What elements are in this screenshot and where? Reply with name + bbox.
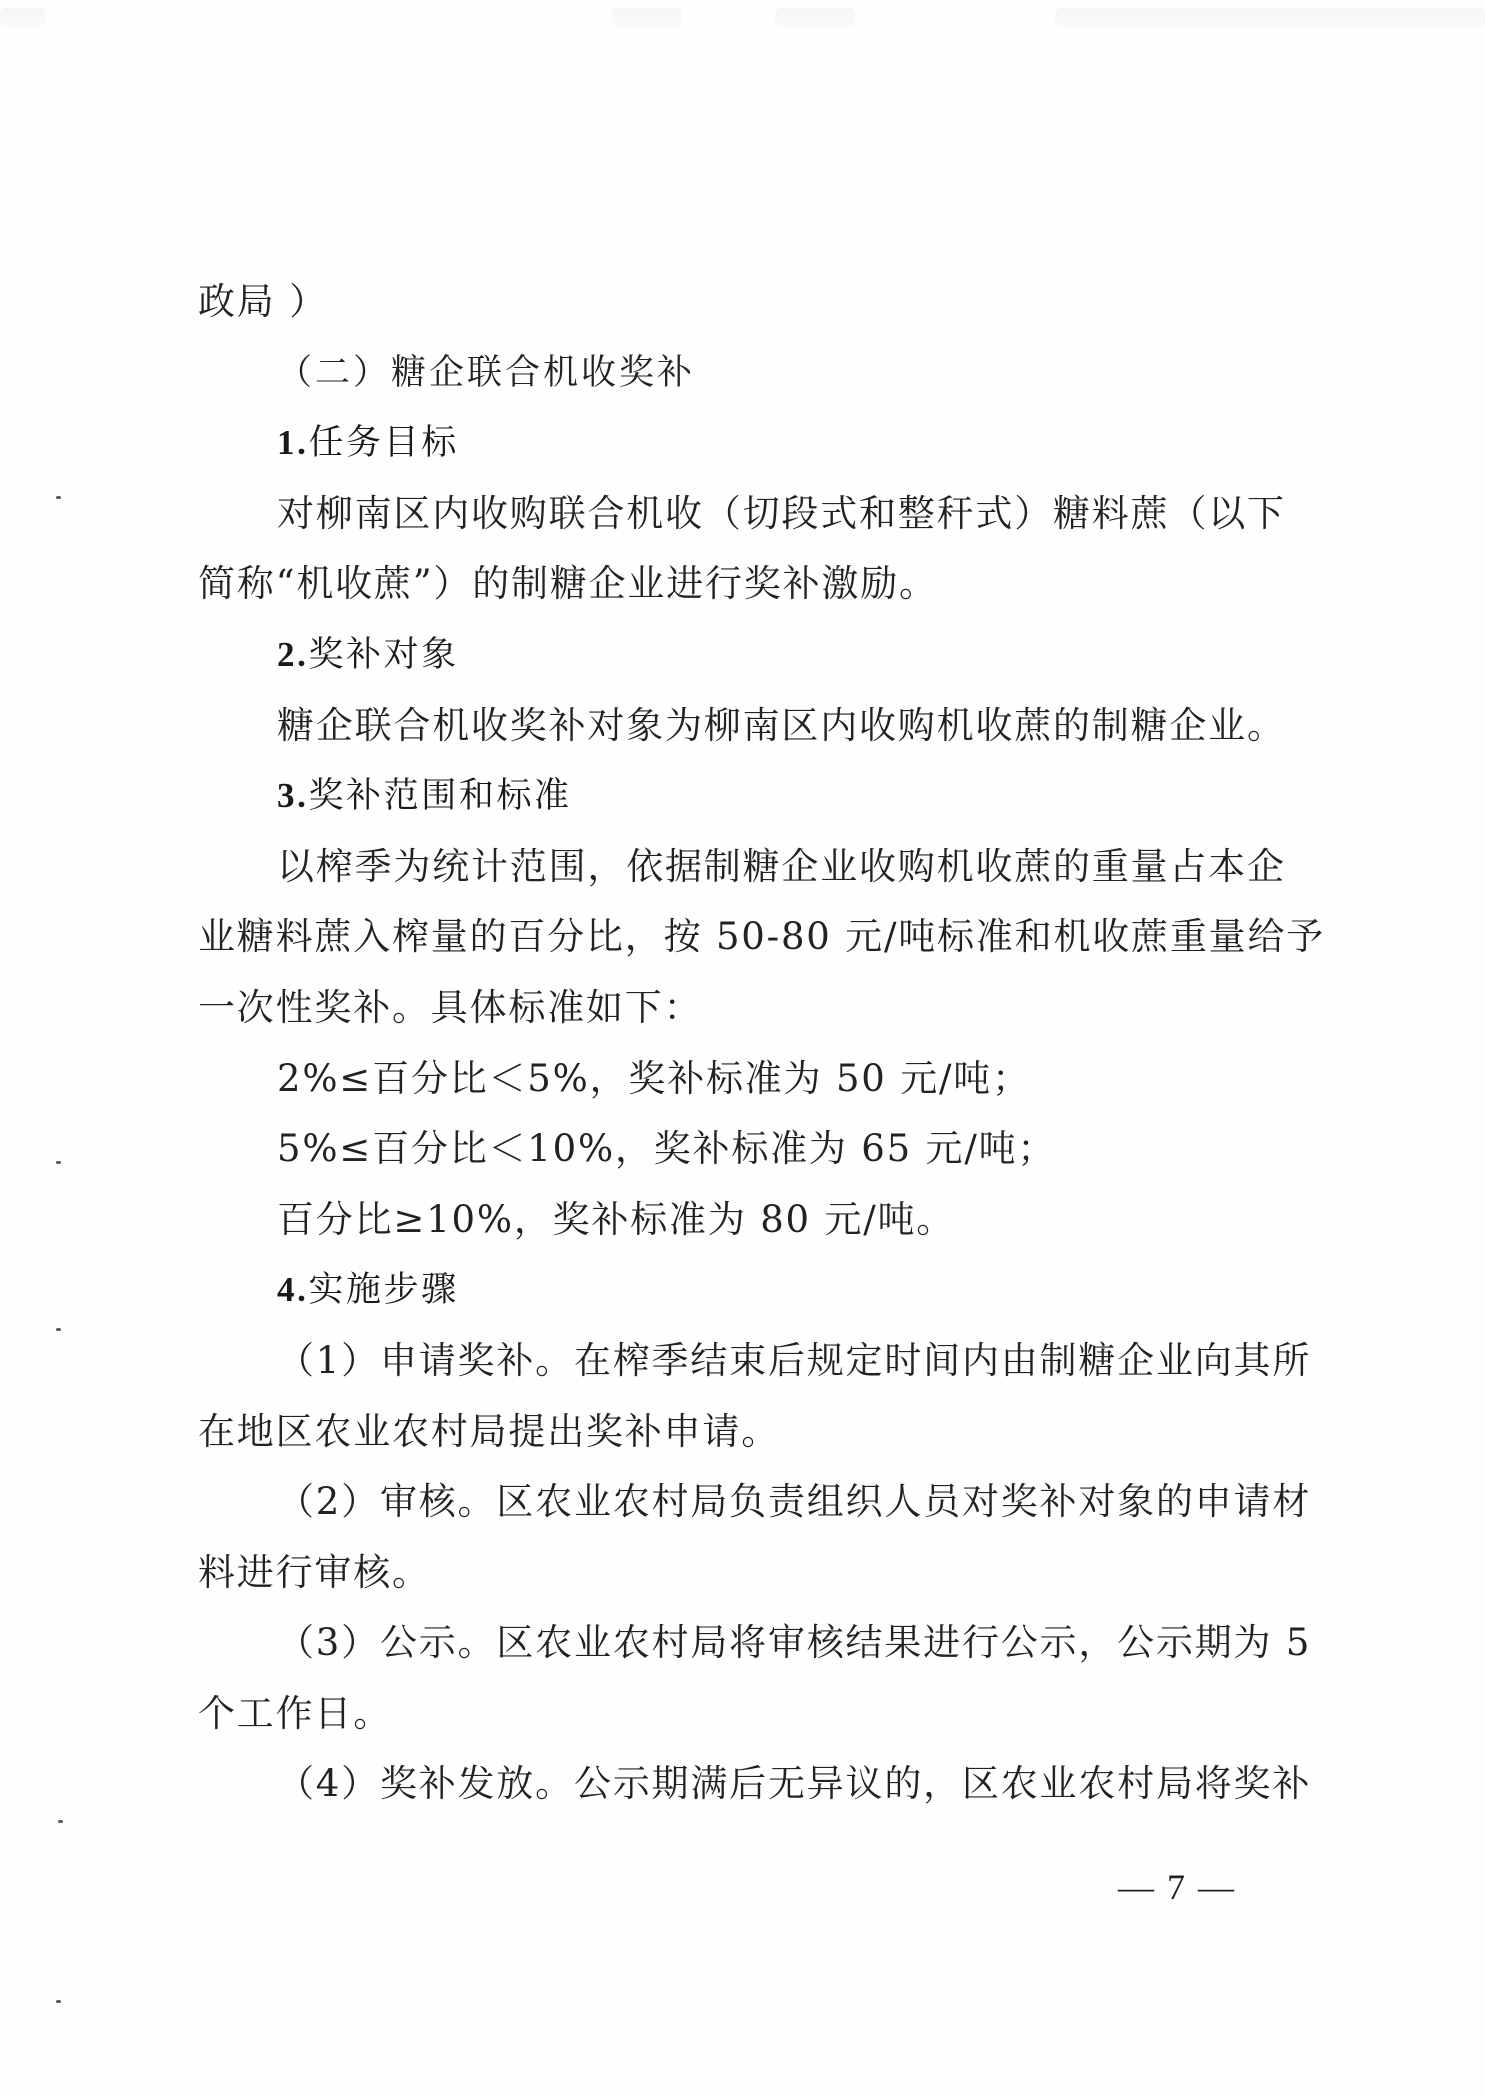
standard-tier-2: 5%≤百分比＜10%，奖补标准为 65 元/吨； [198,1127,1300,1198]
scan-artifact [0,8,45,30]
paragraph-line: 糖企联合机收奖补对象为柳南区内收购机收蔗的制糖企业。 [198,704,1300,775]
step-4-line: （4）奖补发放。公示期满后无异议的，区农业农村局将奖补 [198,1762,1300,1833]
paragraph-line: 对柳南区内收购联合机收（切段式和整秆式）糖料蔗（以下 [198,492,1300,563]
standard-tier-3: 百分比≥10%，奖补标准为 80 元/吨。 [198,1198,1300,1269]
document-page: 政局 ） （二）糖企联合机收奖补 1.任务目标 对柳南区内收购联合机收（切段式和… [0,0,1485,2097]
heading-number: 4. [277,1270,308,1309]
heading-number: 1. [277,423,308,462]
paragraph-line: 政局 ） [198,280,1300,351]
step-2-line: 料进行审核。 [198,1551,1300,1622]
paragraph-line: 以榨季为统计范围，依据制糖企业收购机收蔗的重量占本企 [198,845,1300,916]
paragraph-line: 简称“机收蔗”）的制糖企业进行奖补激励。 [198,562,1300,633]
step-3-line: 个工作日。 [198,1692,1300,1763]
subsection-heading-scope-standard: 3.奖补范围和标准 [198,774,1300,845]
subsection-heading-steps: 4.实施步骤 [198,1268,1300,1339]
document-body: 政局 ） （二）糖企联合机收奖补 1.任务目标 对柳南区内收购联合机收（切段式和… [198,280,1300,1833]
step-2-line: （2）审核。区农业农村局负责组织人员对奖补对象的申请材 [198,1480,1300,1551]
scan-speck [56,1328,61,1331]
subsection-heading-subsidy-target: 2.奖补对象 [198,633,1300,704]
heading-label: 奖补对象 [308,635,458,675]
scan-artifact [775,8,855,30]
section-heading: （二）糖企联合机收奖补 [198,351,1300,422]
heading-label: 奖补范围和标准 [308,776,571,816]
scan-artifact [1055,8,1485,30]
heading-number: 3. [277,776,308,815]
step-1-line: 在地区农业农村局提出奖补申请。 [198,1410,1300,1481]
standard-tier-1: 2%≤百分比＜5%，奖补标准为 50 元/吨； [198,1057,1300,1128]
paragraph-line: 业糖料蔗入榨量的百分比，按 50-80 元/吨标准和机收蔗重量给予 [198,915,1300,986]
step-3-line: （3）公示。区农业农村局将审核结果进行公示，公示期为 5 [198,1621,1300,1692]
heading-label: 任务目标 [308,423,458,463]
scan-speck [56,496,61,499]
subsection-heading-task-goal: 1.任务目标 [198,421,1300,492]
scan-speck [56,2000,61,2003]
paragraph-line: 一次性奖补。具体标准如下： [198,986,1300,1057]
heading-number: 2. [277,635,308,674]
heading-label: 实施步骤 [308,1270,458,1310]
page-number: — 7 — [1118,1866,1236,1908]
scan-artifact [612,8,682,30]
scan-speck [58,1820,63,1823]
scan-speck [56,1161,61,1164]
step-1-line: （1）申请奖补。在榨季结束后规定时间内由制糖企业向其所 [198,1339,1300,1410]
